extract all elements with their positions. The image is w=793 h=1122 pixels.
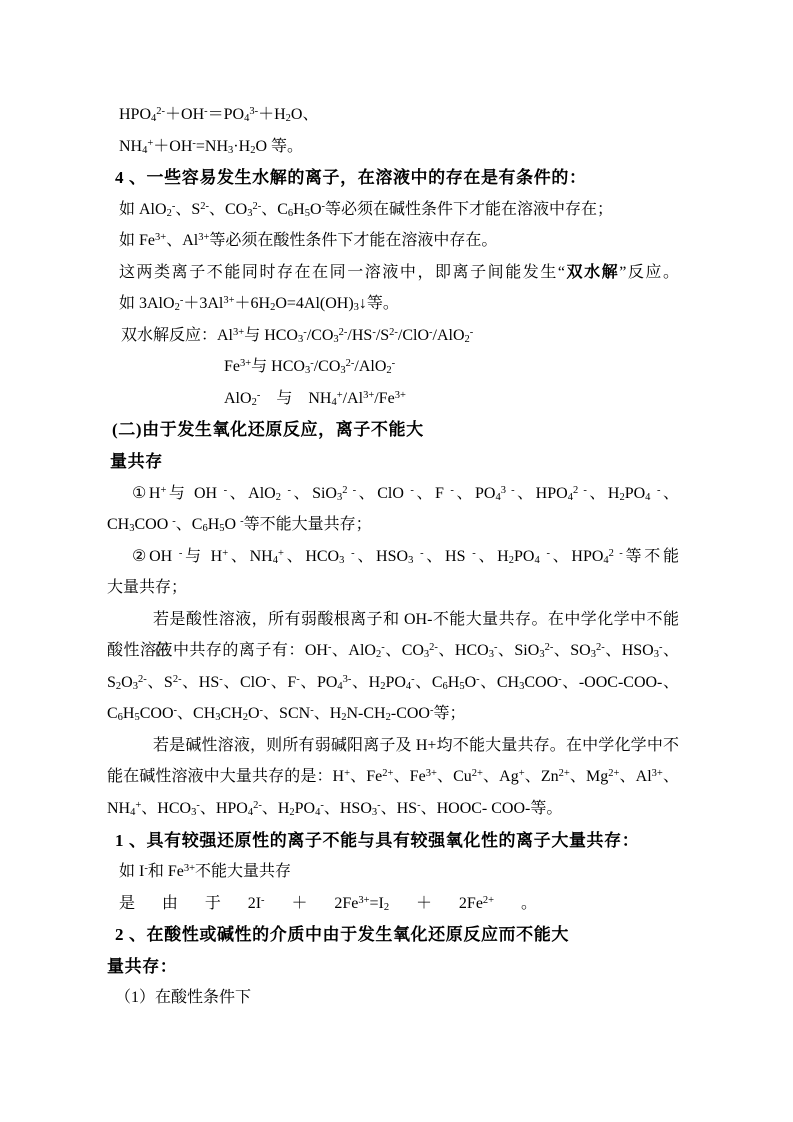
formula-line-nh4: NH4+＋OH-=NH3·H2O 等。 <box>119 131 679 163</box>
body-line-alkaline-ions: 如 AlO2-、S2-、CO32-、C6H5O-等必须在碱性条件下才能在溶液中存… <box>119 194 679 226</box>
body-line-acidic-condition: （1）在酸性条件下 <box>115 982 679 1014</box>
heading-redox-part2: 量共存 <box>110 446 679 478</box>
body-line-acidic-ions: 如 Fe3+、Al3+等必须在酸性条件下才能在溶液中存在。 <box>119 225 679 257</box>
equation-token: 2Fe3+=I2 <box>334 888 389 920</box>
heading-2-medium-redox-1: 2 、在酸性或碱性的介质中由于发生氧化还原反应而不能大 <box>115 919 679 951</box>
heading-2-medium-redox-2: 量共存： <box>107 951 679 983</box>
body-line-h-plus-list: ①H+与 OH -、AlO2 -、SiO32 -、ClO -、F -、PO43 … <box>132 478 679 510</box>
body-line-acid-solution-1: 若是酸性溶液，所有弱酸根离子和 OH-不能大量共存。在中学化学中不能在 <box>153 604 679 636</box>
heading-4-hydrolysis: 4 、一些容易发生水解的离子，在溶液中的存在是有条件的： <box>115 162 679 194</box>
body-line-al3-pairs: 双水解反应：Al3+与 HCO3-/CO32-/HS-/S2-/ClO-/AlO… <box>121 320 679 352</box>
equation-token: 。 <box>521 888 537 920</box>
body-line-double-hydrolysis: 这两类离子不能同时存在在同一溶液中，即离子间能发生“双水解”反应。 <box>119 257 679 289</box>
body-line-base-solution-1: 若是碱性溶液，则所有弱碱阳离子及 H+均不能大量共存。在中学化学中不 <box>153 730 679 762</box>
equation-token: 2I- <box>248 888 265 920</box>
document-page: HPO42-＋OH-＝PO43-＋H2O、 NH4+＋OH-=NH3·H2O 等… <box>107 99 679 1014</box>
equation-token: 于 <box>205 888 221 920</box>
equation-token: ＋ <box>416 888 432 920</box>
heading-1-reducing-ions: 1 、具有较强还原性的离子不能与具有较强氧化性的离子大量共存： <box>115 825 679 857</box>
formula-line-hpo4: HPO42-＋OH-＝PO43-＋H2O、 <box>119 99 679 131</box>
heading-redox-part1: (二)由于发生氧化还原反应，离子不能大 <box>112 414 679 446</box>
body-line-acid-solution-3: S2O32-、S2-、HS-、ClO-、F-、PO43-、H2PO4-、C6H5… <box>107 667 679 699</box>
body-line-h-plus-list-2: CH3COO -、C6H5O -等不能大量共存； <box>107 509 679 541</box>
formula-line-3alo2: 如 3AlO2-＋3Al3+＋6H2O=4Al(OH)3↓等。 <box>119 288 679 320</box>
equation-line-redox: 是 由 于 2I- ＋ 2Fe3+=I2 ＋ 2Fe2+ 。 <box>119 888 537 920</box>
equation-token: 2Fe2+ <box>459 888 494 920</box>
body-line-oh-list: ②OH -与 H+、NH4+、HCO3 -、HSO3 -、HS -、H2PO4 … <box>132 541 679 573</box>
body-line-acid-solution-4: C6H5COO-、CH3CH2O-、SCN-、H2N-CH2-COO-等； <box>107 698 679 730</box>
body-line-fe3-pairs: Fe3+与 HCO3-/CO32-/AlO2- <box>224 351 679 383</box>
body-line-acid-solution-2: 酸性溶液中共存的离子有：OH-、AlO2-、CO32-、HCO3-、SiO32-… <box>107 635 679 667</box>
body-line-i-fe3: 如 I-和 Fe3+不能大量共存 <box>119 856 679 888</box>
body-line-alo2-pairs: AlO2- 与 NH4+/Al3+/Fe3+ <box>224 383 679 415</box>
body-line-base-solution-3: NH4+、HCO3-、HPO42-、H2PO4-、HSO3-、HS-、HOOC-… <box>107 793 679 825</box>
equation-token: 由 <box>162 888 178 920</box>
body-line-base-solution-2: 能在碱性溶液中大量共存的是：H+、Fe2+、Fe3+、Cu2+、Ag+、Zn2+… <box>107 761 679 793</box>
equation-token: 是 <box>119 888 135 920</box>
equation-token: ＋ <box>291 888 307 920</box>
body-line-oh-list-2: 大量共存； <box>107 572 679 604</box>
